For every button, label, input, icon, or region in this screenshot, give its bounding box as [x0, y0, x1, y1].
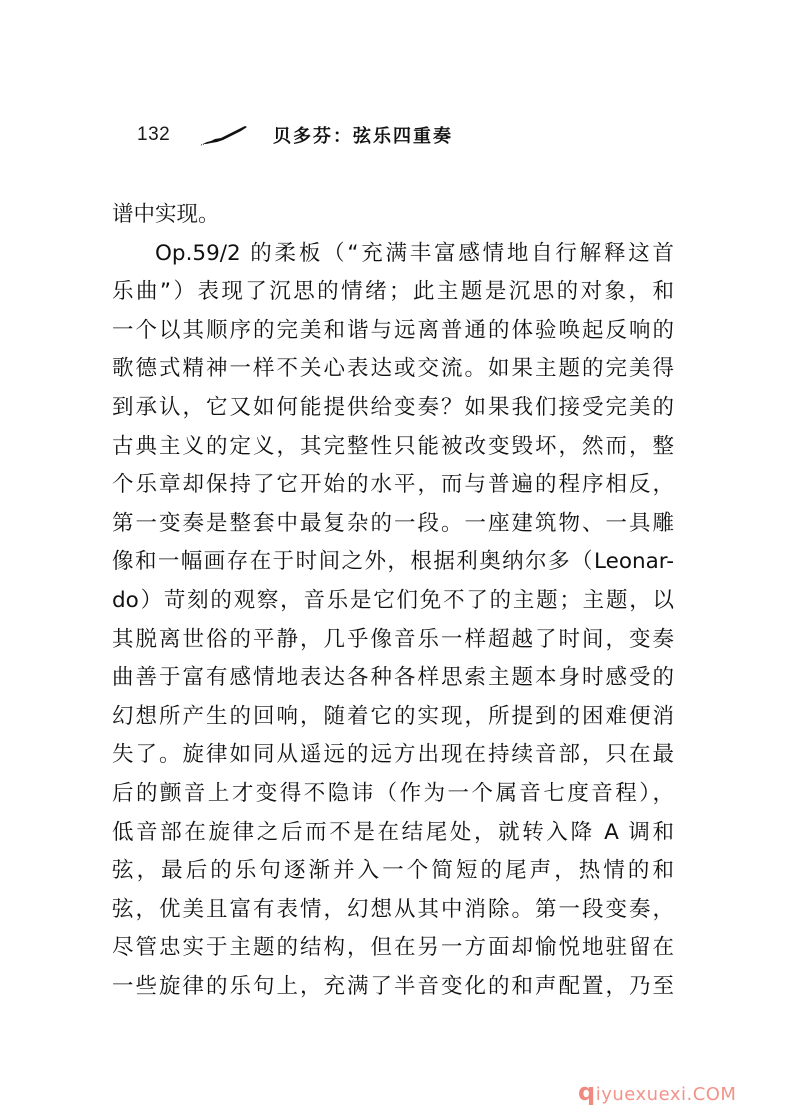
text-line: 低音部在旋律之后而不是在结尾处，就转入降 A 调和: [112, 814, 674, 853]
text-line: 古典主义的定义，其完整性只能被改变毁坏，然而，整: [112, 428, 674, 467]
page-number: 132: [137, 124, 201, 146]
quill-ornament-icon: [201, 124, 249, 146]
watermark-logo-q: q: [578, 1078, 596, 1106]
watermark-text: iyuexuexi.COM: [596, 1084, 737, 1105]
text-line: 一些旋律的乐句上，充满了半音变化的和声配置，乃至: [112, 968, 674, 1007]
text-line: 像和一幅画存在于时间之外，根据利奥纳尔多（Leonar-: [112, 543, 674, 582]
text-line: 歌德式精神一样不关心表达或交流。如果主题的完美得: [112, 350, 674, 389]
text-line: 幻想所产生的回响，随着它的实现，所提到的困难便消: [112, 698, 674, 737]
text-line: 个乐章却保持了它开始的水平，而与普遍的程序相反，: [112, 466, 674, 505]
text-line: 弦，最后的乐句逐渐并入一个简短的尾声，热情的和: [112, 852, 674, 891]
text-line: 曲善于富有感情地表达各种各样思索主题本身时感受的: [112, 659, 674, 698]
text-line: 失了。旋律如同从遥远的远方出现在持续音部，只在最: [112, 736, 674, 775]
text-line: 一个以其顺序的完美和谐与远离普通的体验唤起反响的: [112, 312, 674, 351]
text-line: 弦，优美且富有表情，幻想从其中消除。第一段变奏，: [112, 891, 674, 930]
text-line: 其脱离世俗的平静，几乎像音乐一样超越了时间，变奏: [112, 621, 674, 660]
watermark: qiyuexuexi.COM: [578, 1078, 736, 1106]
text-line: do）苛刻的观察，音乐是它们免不了的主题；主题，以: [112, 582, 674, 621]
text-line: 后的颤音上才变得不隐讳（作为一个属音七度音程），: [112, 775, 674, 814]
text-line: Op.59/2 的柔板（“充满丰富感情地自行解释这首: [112, 235, 674, 274]
text-line: 到承认，它又如何能提供给变奏？如果我们接受完美的: [112, 389, 674, 428]
text-line: 谱中实现。: [112, 196, 674, 235]
page-header: 132 贝多芬：弦乐四重奏: [137, 120, 453, 150]
text-line: 尽管忠实于主题的结构，但在另一方面却愉悦地驻留在: [112, 929, 674, 968]
running-title: 贝多芬：弦乐四重奏: [273, 122, 453, 148]
text-line: 乐曲”）表现了沉思的情绪；此主题是沉思的对象，和: [112, 273, 674, 312]
text-line: 第一变奏是整套中最复杂的一段。一座建筑物、一具雕: [112, 505, 674, 544]
body-text: 谱中实现。 Op.59/2 的柔板（“充满丰富感情地自行解释这首 乐曲”）表现了…: [112, 196, 674, 1006]
